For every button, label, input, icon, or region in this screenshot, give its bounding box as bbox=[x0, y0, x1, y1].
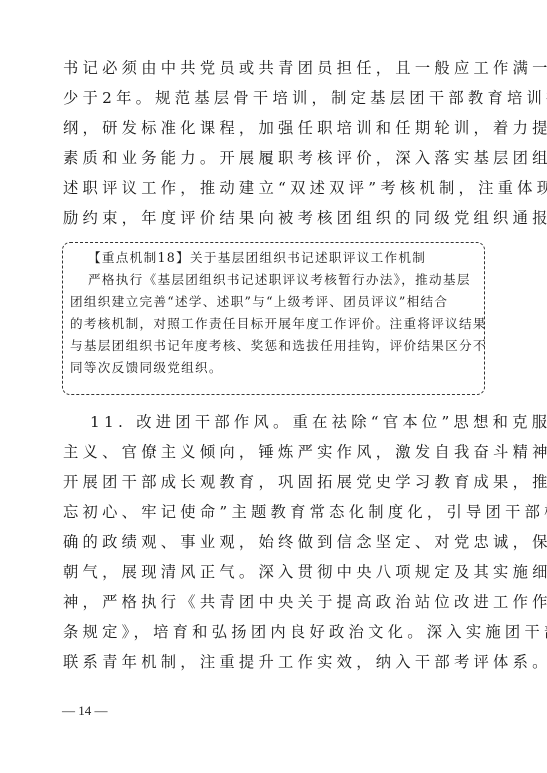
body-line: 励约束，年度评价结果向被考核团组织的同级党组织通报。 bbox=[63, 208, 485, 228]
body-line: 素质和业务能力。开展履职考核评价，深入落实基层团组织书记 bbox=[63, 148, 485, 168]
body-line: 述职评议工作，推动建立“双述双评”考核机制，注重体现激 bbox=[63, 178, 485, 198]
body-line: 忘初心、牢记使命”主题教育常态化制度化，引导团干部树立正 bbox=[63, 502, 485, 522]
page-number: — 14 — bbox=[62, 703, 108, 719]
key-mechanism-line: 同等次反馈同级党组织。 bbox=[70, 360, 480, 376]
body-line: 纲，研发标准化课程，加强任职培训和任期轮训，着力提升政治 bbox=[63, 118, 485, 138]
body-line: 朝气，展现清风正气。深入贯彻中央八项规定及其实施细则精 bbox=[63, 562, 485, 582]
body-line: 书记必须由中共党员或共青团员担任，且一般应工作满一届或不 bbox=[63, 58, 485, 78]
key-mechanism-line: 的考核机制，对照工作责任目标开展年度工作评价。注重将评议结果 bbox=[70, 316, 480, 332]
body-line: 少于2年。规范基层骨干培训，制定基层团干部教育培训指导大 bbox=[63, 88, 485, 108]
body-line: 确的政绩观、事业观，始终做到信念坚定、对党忠诚，保持蓬勃 bbox=[63, 532, 485, 552]
body-line: 条规定》，培育和弘扬团内良好政治文化。深入实施团干部密切 bbox=[63, 622, 485, 642]
body-line: 联系青年机制，注重提升工作实效，纳入干部考评体系。 bbox=[63, 652, 485, 672]
key-mechanism-line: 严格执行《基层团组织书记述职评议考核暂行办法》，推动基层 bbox=[88, 272, 498, 288]
body-line: 开展团干部成长观教育，巩固拓展党史学习教育成果，推进“不 bbox=[63, 472, 485, 492]
key-mechanism-title: 【重点机制18】关于基层团组织书记述职评议工作机制 bbox=[88, 250, 498, 266]
section-11-heading-line: 11. 改进团干部作风。重在祛除“官本位”思想和克服形式 bbox=[90, 412, 485, 432]
body-line: 主义、官僚主义倾向，锤炼严实作风，激发自我奋斗精神。持续 bbox=[63, 442, 485, 462]
key-mechanism-line: 与基层团组织书记年度考核、奖惩和选拔任用挂钩，评价结果区分不 bbox=[70, 338, 480, 354]
body-line: 神，严格执行《共青团中央关于提高政治站位改进工作作风的六 bbox=[63, 592, 485, 612]
key-mechanism-line: 团组织建立完善“述学、述职”与“上级考评、团员评议”相结合 bbox=[70, 294, 480, 310]
